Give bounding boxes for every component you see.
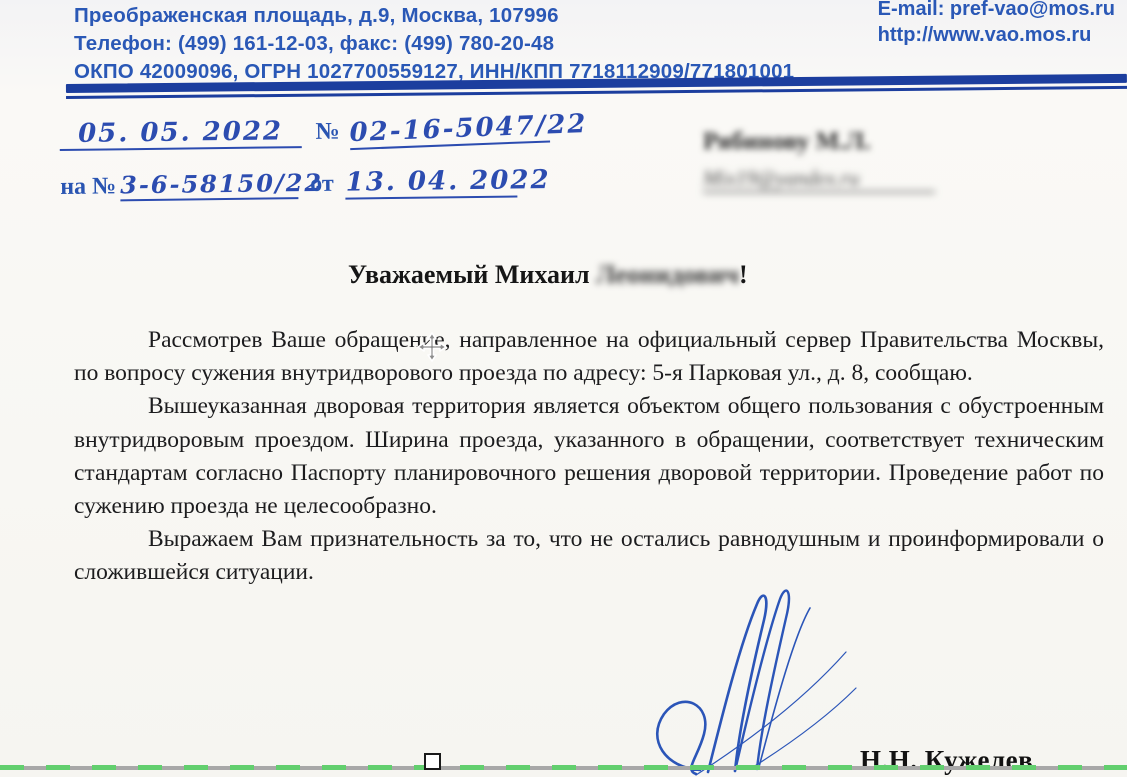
outgoing-reference-row: 05. 05. 2022 № 02-16-5047/22 (59, 113, 549, 151)
incoming-number-field: 3-6-58150/22 (120, 168, 298, 201)
letterhead-web-block: E-mail: pref-vao@mos.ru http://www.vao.m… (878, 0, 1115, 48)
incoming-number-handwriting: 3-6-58150/22 (120, 168, 323, 199)
letterhead-contact-block: Преображенская площадь, д.9, Москва, 107… (74, 2, 794, 86)
reference-block: 05. 05. 2022 № 02-16-5047/22 на № 3-6-58… (59, 113, 560, 219)
body-paragraph-2: Вышеуказанная дворовая территория являет… (74, 390, 1104, 523)
selection-resize-handle[interactable] (424, 753, 441, 770)
outgoing-date-handwriting: 05. 05. 2022 (78, 116, 283, 149)
salutation-patronymic-redacted: Леонидович (596, 260, 739, 289)
letterhead-website: http://www.vao.mos.ru (878, 22, 1115, 48)
move-cursor-icon (416, 331, 448, 363)
letter-body: Рассмотрев Ваше обращение, направленное … (74, 324, 1104, 590)
salutation-line: Уважаемый Михаил Леонидович! (348, 260, 748, 290)
recipient-block: Рябинову М.Л. Mix19@yandex.ru (703, 128, 935, 193)
salutation-exclamation: ! (739, 260, 748, 289)
incoming-date-handwriting: 13. 04. 2022 (345, 165, 550, 198)
outgoing-number-field: 02-16-5047/22 (349, 110, 550, 150)
signer-name: Н.Н. Кужелев (860, 745, 1033, 776)
body-paragraph-3: Выражаем Вам признательность за то, что … (74, 523, 1104, 589)
letterhead-address: Преображенская площадь, д.9, Москва, 107… (74, 2, 794, 30)
incoming-reference-row: на № 3-6-58150/22 от 13. 04. 2022 (60, 165, 518, 203)
incoming-prefix-label: на № (60, 173, 116, 200)
letterhead-email: E-mail: pref-vao@mos.ru (878, 0, 1115, 22)
outgoing-date-field: 05. 05. 2022 (59, 116, 301, 151)
recipient-name-redacted: Рябинову М.Л. (703, 128, 935, 156)
selection-border-dashes (0, 765, 1127, 770)
recipient-email-redacted: Mix19@yandex.ru (703, 166, 935, 193)
letterhead-phone: Телефон: (499) 161-12-03, факс: (499) 78… (74, 30, 794, 58)
body-paragraph-1: Рассмотрев Ваше обращение, направленное … (74, 324, 1104, 390)
incoming-date-field: 13. 04. 2022 (345, 165, 517, 199)
outgoing-number-handwriting: 02-16-5047/22 (349, 109, 588, 148)
number-sign-label: № (315, 119, 339, 145)
scanned-letter-page: { "letterhead": { "address_line": "Преоб… (0, 0, 1127, 777)
salutation-prefix: Уважаемый Михаил (348, 260, 596, 289)
from-label: от (310, 171, 334, 197)
